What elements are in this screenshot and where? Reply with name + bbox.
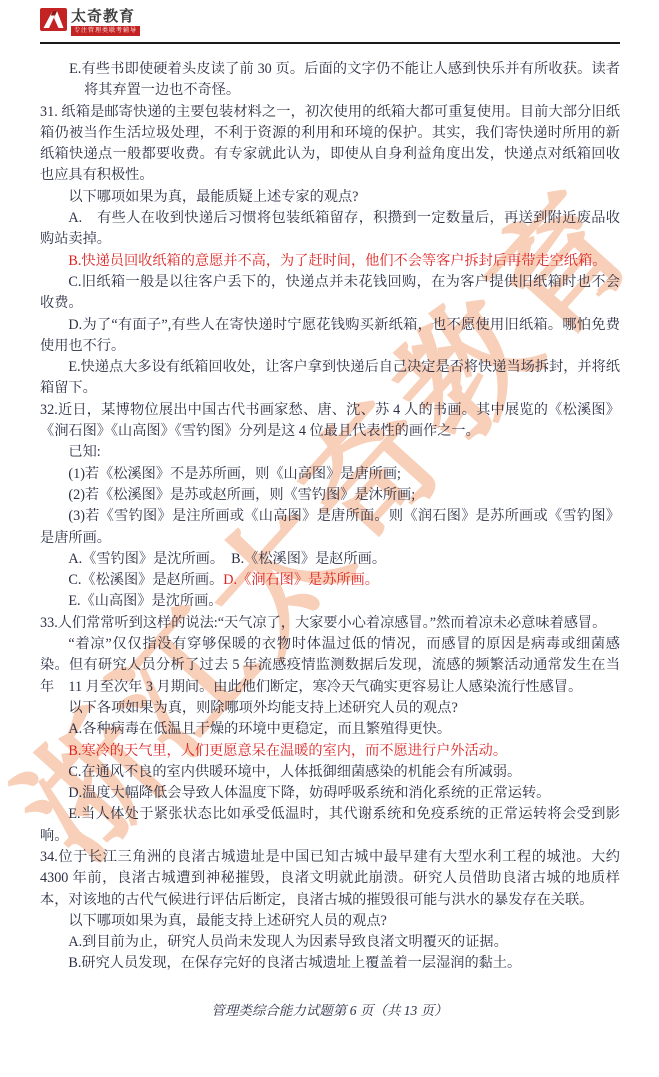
question-32-option-e: E.《山高图》是沈所画。: [40, 591, 620, 612]
page-header: 太奇教育 专注管理类联考辅导: [40, 8, 620, 44]
prev-question-option-e: E.有些书即使硬着头皮读了前 30 页。后面的文字仍不能让人感到快乐并有所收获。…: [40, 59, 620, 102]
question-31-option-c: C.旧纸箱一般是以往客户丢下的，快递点并未花钱回购，在为客户提供旧纸箱时也不会收…: [40, 272, 620, 315]
question-33-option-b-answer: B.寒冷的天气里，人们更愿意呆在温暖的室内，而不愿进行户外活动。: [40, 741, 620, 762]
question-32-options-ab: A.《雪钓图》是沈所画。 B.《松溪图》是赵所画。: [40, 549, 620, 570]
question-33-option-e: E.当人体处于紧张状态比如承受低温时，其代谢系统和免疫系统的正常运转将会受到影响…: [40, 804, 620, 847]
exam-body: E.有些书即使硬着头皮读了前 30 页。后面的文字仍不能让人感到快乐并有所收获。…: [40, 59, 620, 975]
brand-logo: 太奇教育 专注管理类联考辅导: [40, 8, 620, 36]
question-32-options-cd: C.《松溪图》是赵所画。D.《涧石图》是苏所画。: [40, 570, 620, 591]
question-34-option-b: B.研究人员发现，在保存完好的良渚古城遗址上覆盖着一层湿润的黏土。: [40, 953, 620, 974]
header-rule: [40, 42, 620, 44]
question-31-option-b-answer: B.快递员回收纸箱的意愿并不高，为了赶时间，他们不会等客户拆封后再带走空纸箱。: [40, 251, 620, 272]
question-33-option-d: D.温度大幅降低会导致人体温度下降，妨碍呼吸系统和消化系统的正常运转。: [40, 783, 620, 804]
question-31-option-d: D.为了“有面子”,有些人在寄快递时宁愿花钱购买新纸箱，也不愿使用旧纸箱。哪怕免…: [40, 315, 620, 358]
question-31-option-e: E.快递点大多设有纸箱回收处，让客户拿到快递后自己决定是否将快递当场拆封，并将纸…: [40, 357, 620, 400]
question-32-option-c: C.《松溪图》是赵所画。: [68, 572, 223, 588]
question-33-option-c: C.在通风不良的室内供暖环境中，人体抵御细菌感染的机能会有所减弱。: [40, 762, 620, 783]
question-32-known-label: 已知:: [40, 442, 620, 463]
question-33-prompt: 以下各项如果为真，则除哪项外均能支持上述研究人员的观点?: [40, 698, 620, 719]
question-32-stem: 32.近日，某博物位展出中国古代书画家愁、唐、沈、苏 4 人的书画。其中展览的《…: [40, 400, 620, 443]
brand-tagline: 专注管理类联考辅导: [71, 26, 140, 36]
page-footer: 管理类综合能力试题第 6 页（共 13 页）: [0, 999, 659, 1019]
question-34-option-a: A.到目前为止，研究人员尚未发现人为因素导致良渚文明覆灭的证据。: [40, 932, 620, 953]
taiqi-logo-icon: [40, 8, 67, 33]
question-33-option-a: A.各种病毒在低温且干燥的环境中更稳定，而且繁殖得更快。: [40, 719, 620, 740]
question-32-condition-1: (1)若《松溪图》不是苏所画，则《山高图》是唐所画;: [40, 464, 620, 485]
brand-text-block: 太奇教育 专注管理类联考辅导: [71, 8, 140, 36]
exam-page: 浙江太奇教育 太奇教育 专注管理类联考辅导 E.有些书即使硬着头皮读了前 30 …: [0, 0, 659, 1077]
brand-name: 太奇教育: [71, 8, 140, 25]
question-32-condition-3: (3)若《雪钓图》是注所画或《山高图》是唐所面。则《润石图》是苏所画或《雪钓图》…: [40, 506, 620, 549]
question-33-stem-line1: 33.人们常常听到这样的说法:“天气凉了，大家要小心着凉感冒。”然而着凉未必意味…: [40, 613, 620, 634]
question-31-stem: 31. 纸箱是邮寄快递的主要包装材料之一，初次使用的纸箱大都可重复使用。目前大部…: [40, 102, 620, 187]
question-34-prompt: 以下哪项如果为真，最能支持上述研究人员的观点?: [40, 911, 620, 932]
page-footer-text: 管理类综合能力试题第 6 页（共 13 页）: [211, 1003, 447, 1018]
question-31-prompt: 以下哪项如果为真，最能质疑上述专家的观点?: [40, 187, 620, 208]
question-32-option-d-answer: D.《涧石图》是苏所画。: [223, 572, 379, 588]
question-33-stem-line2: “着凉”仅仅指没有穿够保暖的衣物时体温过低的情况，而感冒的原因是病毒或细菌感染。…: [40, 634, 620, 698]
question-34-stem: 34.位于长江三角洲的良渚古城遗址是中国已知古城中最早建有大型水利工程的城池。大…: [40, 847, 620, 911]
question-32-condition-2: (2)若《松溪图》是苏或赵所画，则《雪钓图》是沐所画;: [40, 485, 620, 506]
question-31-option-a: A. 有些人在收到快递后习惯将包装纸箱留存，积攒到一定数量后，再送到附近废品收购…: [40, 208, 620, 251]
